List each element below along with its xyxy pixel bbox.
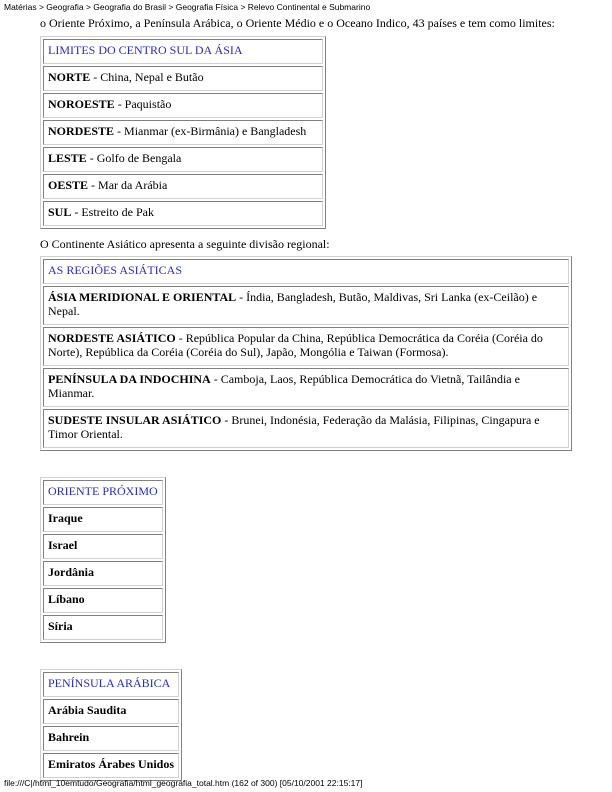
table-row: LESTE - Golfo de Bengala [43,147,323,172]
table-row: SUDESTE INSULAR ASIÁTICO - Brunei, Indon… [43,409,569,448]
table-row: NORDESTE ASIÁTICO - República Popular da… [43,327,569,366]
country-name: Arábia Saudita [48,703,126,717]
row-label: LESTE [48,151,87,165]
near-east-table: ORIENTE PRÓXIMO Iraque Israel Jordânia L… [40,477,166,643]
row-text: - China, Nepal e Butão [90,70,203,84]
table-row: Arábia Saudita [43,699,179,724]
breadcrumb: Matérias > Geografia > Geografia do Bras… [4,2,370,12]
near-east-table-title: ORIENTE PRÓXIMO [43,480,163,505]
table-row: NOROESTE - Paquistão [43,93,323,118]
file-path-footer: file:///C|/html_10emtudo/Geografia/html_… [4,778,363,788]
table-row: OESTE - Mar da Arábia [43,174,323,199]
table-row: Jordânia [43,561,163,586]
row-label: NORDESTE [48,124,114,138]
arabian-table-title: PENÍNSULA ARÁBICA [43,672,179,697]
row-label: ÁSIA MERIDIONAL E ORIENTAL [48,290,236,304]
row-text: - Mar da Arábia [88,178,167,192]
country-name: Emiratos Árabes Unidos [48,757,174,771]
country-name: Iraque [48,511,83,525]
table-row: NORDESTE - Mianmar (ex-Birmânia) e Bangl… [43,120,323,145]
row-label: PENÍNSULA DA INDOCHINA [48,372,211,386]
row-label: SUDESTE INSULAR ASIÁTICO [48,413,221,427]
row-text: - Golfo de Bengala [87,151,182,165]
country-name: Síria [48,619,73,633]
arabian-peninsula-table: PENÍNSULA ARÁBICA Arábia Saudita Bahrein… [40,669,182,781]
table-row: Líbano [43,588,163,613]
table-row: ÁSIA MERIDIONAL E ORIENTAL - Índia, Bang… [43,286,569,325]
row-label: NOROESTE [48,97,115,111]
intro-paragraph: o Oriente Próximo, a Península Arábica, … [40,16,580,30]
row-label: NORTE [48,70,90,84]
document-content: o Oriente Próximo, a Península Arábica, … [40,16,580,781]
division-paragraph: O Continente Asiático apresenta a seguin… [40,237,580,251]
regions-table: AS REGIÕES ASIÁTICAS ÁSIA MERIDIONAL E O… [40,256,572,451]
row-label: NORDESTE ASIÁTICO [48,331,176,345]
row-label: SUL [48,205,71,219]
row-text: - Paquistão [115,97,172,111]
row-label: OESTE [48,178,88,192]
table-row: Emiratos Árabes Unidos [43,753,179,778]
table-row: Bahrein [43,726,179,751]
regions-table-title: AS REGIÕES ASIÁTICAS [43,259,569,284]
country-name: Líbano [48,592,85,606]
limits-table-title: LIMITES DO CENTRO SUL DA ÁSIA [43,39,323,64]
limits-table: LIMITES DO CENTRO SUL DA ÁSIA NORTE - Ch… [40,36,326,229]
table-row: SUL - Estreito de Pak [43,201,323,226]
table-row: NORTE - China, Nepal e Butão [43,66,323,91]
country-name: Bahrein [48,730,89,744]
table-row: PENÍNSULA DA INDOCHINA - Camboja, Laos, … [43,368,569,407]
country-name: Israel [48,538,77,552]
table-row: Síria [43,615,163,640]
table-row: Iraque [43,507,163,532]
row-text: - Mianmar (ex-Birmânia) e Bangladesh [114,124,306,138]
row-text: - Estreito de Pak [71,205,154,219]
country-name: Jordânia [48,565,94,579]
table-row: Israel [43,534,163,559]
